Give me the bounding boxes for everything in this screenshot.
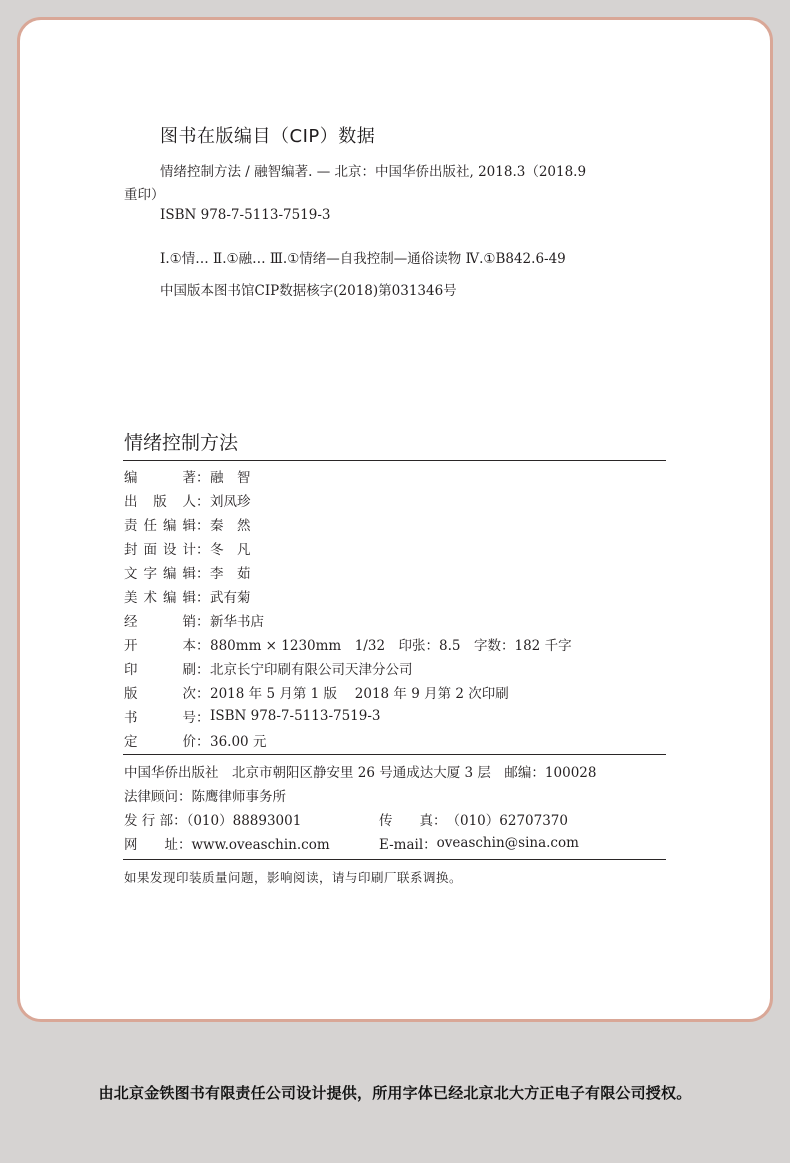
cip-classification: Ⅰ.①情… Ⅱ.①融… Ⅲ.①情绪—自我控制—通俗读物 Ⅳ.①B842.6-49 — [160, 247, 566, 267]
book-title: 情绪控制方法 — [124, 428, 238, 455]
website-label: 网 址： — [124, 837, 192, 853]
label-colon: ： — [196, 586, 204, 606]
book-info-row: 文字编辑：李 茹 — [124, 561, 251, 583]
book-info-label: 美术编辑 — [124, 586, 196, 606]
book-info-value: 880mm × 1230mm 1/32 印张：8.5 字数：182 千字 — [210, 634, 572, 654]
email-link[interactable]: oveaschin@sina.com — [437, 835, 579, 851]
book-info-row: 开本：880mm × 1230mm 1/32 印张：8.5 字数：182 千字 — [124, 633, 572, 655]
book-info-row: 经销：新华书店 — [124, 609, 264, 631]
label-colon: ： — [196, 730, 204, 750]
email-label: E-mail： — [379, 833, 437, 853]
cip-isbn: ISBN 978-7-5113-7519-3 — [160, 207, 331, 223]
font-license-footer: 由北京金铁图书有限责任公司设计提供，所用字体已经北京北大方正电子有限公司授权。 — [0, 1082, 790, 1103]
book-info-label: 印刷 — [124, 658, 196, 678]
publisher-address: 中国华侨出版社 北京市朝阳区静安里 26 号通成达大厦 3 层 邮编：10002… — [124, 760, 596, 782]
legal-counsel-value: 陈鹰律师事务所 — [192, 785, 287, 805]
distribution-row: 发 行 部：（010）88893001 传 真：（010）62707370 — [124, 808, 568, 830]
label-colon: ： — [196, 538, 204, 558]
book-info-label: 责任编辑 — [124, 514, 196, 534]
book-info-label: 封面设计 — [124, 538, 196, 558]
book-info-value: 融 智 — [210, 466, 251, 486]
label-colon: ： — [196, 466, 204, 486]
cip-number: 中国版本图书馆CIP数据核字(2018)第031346号 — [160, 279, 457, 299]
fax-number: （010）62707370 — [447, 809, 568, 829]
contact-row: 网 址：www.oveaschin.com E-mail：oveaschin@s… — [124, 832, 579, 854]
legal-counsel-label: 法律顾问： — [124, 785, 192, 805]
book-info-row: 封面设计：冬 凡 — [124, 537, 251, 559]
book-info-row: 美术编辑：武有菊 — [124, 585, 251, 607]
label-colon: ： — [196, 682, 204, 702]
label-colon: ： — [196, 706, 204, 726]
distribution-label: 发 行 部： — [124, 813, 187, 829]
title-divider — [123, 460, 666, 461]
book-info-row: 责任编辑：秦 然 — [124, 513, 251, 535]
book-info-row: 印刷：北京长宁印刷有限公司天津分公司 — [124, 657, 413, 679]
website-link[interactable]: www.oveaschin.com — [192, 837, 330, 853]
book-info-label: 文字编辑 — [124, 562, 196, 582]
label-colon: ： — [196, 658, 204, 678]
cip-bibliographic-line-wrap: 重印） — [124, 183, 165, 203]
book-info-value: 36.00 元 — [210, 730, 266, 750]
book-info-value: 冬 凡 — [210, 538, 251, 558]
distribution-phone: （010）88893001 — [187, 813, 302, 829]
book-info-value: 刘凤珍 — [210, 490, 251, 510]
book-info-row: 定价：36.00 元 — [124, 729, 266, 751]
cip-heading: 图书在版编目（CIP）数据 — [160, 122, 375, 148]
book-info-value: 秦 然 — [210, 514, 251, 534]
book-info-value: 2018 年 5 月第 1 版 2018 年 9 月第 2 次印刷 — [210, 682, 509, 702]
book-info-row: 书号：ISBN 978-7-5113-7519-3 — [124, 705, 381, 727]
book-info-label: 出版人 — [124, 490, 196, 510]
book-info-row: 出版人：刘凤珍 — [124, 489, 251, 511]
quality-notice-text: 如果发现印装质量问题，影响阅读，请与印刷厂联系调换。 — [124, 868, 462, 886]
label-colon: ： — [196, 514, 204, 534]
cip-bibliographic-line: 情绪控制方法 / 融智编著. — 北京：中国华侨出版社, 2018.3（2018… — [160, 160, 586, 180]
label-colon: ： — [196, 562, 204, 582]
fax-label: 传 真： — [379, 809, 447, 829]
book-info-row: 编著：融 智 — [124, 465, 251, 487]
publisher-divider — [123, 754, 666, 755]
book-info-label: 编著 — [124, 466, 196, 486]
book-info-label: 定价 — [124, 730, 196, 750]
label-colon: ： — [196, 610, 204, 630]
notice-divider — [123, 859, 666, 860]
book-info-label: 版次 — [124, 682, 196, 702]
book-info-value: 新华书店 — [210, 610, 264, 630]
book-info-value: 武有菊 — [210, 586, 251, 606]
book-info-row: 版次：2018 年 5 月第 1 版 2018 年 9 月第 2 次印刷 — [124, 681, 509, 703]
book-info-value: 李 茹 — [210, 562, 251, 582]
book-info-label: 经销 — [124, 610, 196, 630]
legal-counsel-row: 法律顾问： 陈鹰律师事务所 — [124, 784, 286, 806]
book-info-label: 书号 — [124, 706, 196, 726]
book-info-label: 开本 — [124, 634, 196, 654]
label-colon: ： — [196, 490, 204, 510]
label-colon: ： — [196, 634, 204, 654]
quality-notice: 如果发现印装质量问题，影响阅读，请与印刷厂联系调换。 — [124, 866, 462, 888]
book-info-value: ISBN 978-7-5113-7519-3 — [210, 708, 381, 724]
publisher-address-text: 中国华侨出版社 北京市朝阳区静安里 26 号通成达大厦 3 层 邮编：10002… — [124, 761, 596, 781]
book-info-value: 北京长宁印刷有限公司天津分公司 — [210, 658, 413, 678]
